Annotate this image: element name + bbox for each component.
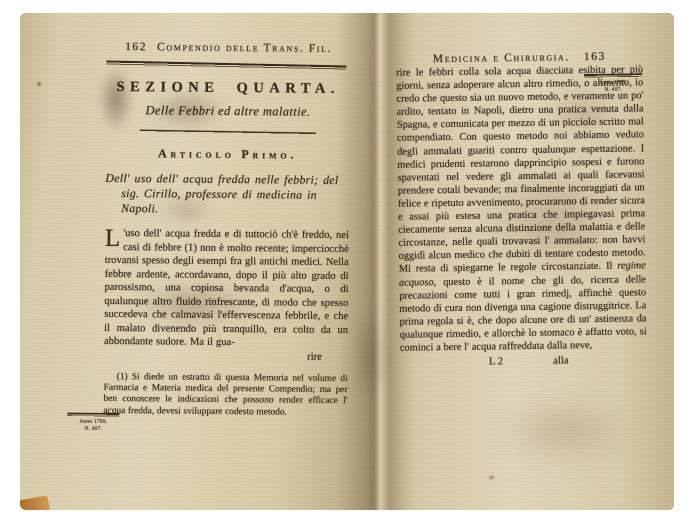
article-subtitle: Dell' uso dell' acqua fredda nelle febbr… xyxy=(105,171,349,218)
right-margin-note: Anno 1789. N. 407. xyxy=(584,73,642,93)
left-catchword: rire xyxy=(104,348,348,363)
left-page-number: 162 xyxy=(125,41,147,53)
left-body-block: Anno 1789. N. 407. L'uso dell' acqua fre… xyxy=(103,227,349,419)
footnote: (1) Si diede un estratto di questa Memor… xyxy=(103,371,347,419)
margin-note-number: N. 407. xyxy=(584,86,642,93)
article-heading: Articolo Primo. xyxy=(106,146,350,163)
right-header-title: Medicina e Chirurgia. xyxy=(433,51,570,65)
section-subtitle: Delle Febbri ed altre malattie. xyxy=(106,103,350,120)
right-body-text-1: rire le febbri colla sola acqua diacciat… xyxy=(396,64,646,275)
signature-mark: L 2 xyxy=(489,356,503,367)
ornamental-rule-section xyxy=(140,129,316,134)
right-catchword: alla xyxy=(553,355,568,366)
left-margin-note: Anno 1789. N. 407. xyxy=(67,413,119,432)
left-running-header: 162Compendio delle Trans. Fil. xyxy=(107,41,351,55)
left-body-text: 'uso dell' acqua fredda e di tuttociò ch… xyxy=(104,228,349,348)
photo-background: 162Compendio delle Trans. Fil. SEZIONE Q… xyxy=(0,0,700,525)
margin-note-rule xyxy=(584,73,642,78)
left-body-paragraph: L'uso dell' acqua fredda e di tuttociò c… xyxy=(104,227,349,351)
margin-note-rule xyxy=(67,413,119,417)
right-page-number: 163 xyxy=(584,51,606,63)
left-page-column: 162Compendio delle Trans. Fil. SEZIONE Q… xyxy=(103,41,350,419)
drop-cap: L xyxy=(105,227,123,249)
right-body-text-2: , questo è il nome che gli do, ricerca d… xyxy=(399,274,647,354)
section-heading: SEZIONE QUARTA. xyxy=(106,79,350,98)
left-header-title: Compendio delle Trans. Fil. xyxy=(157,41,332,55)
margin-note-number: N. 407. xyxy=(67,425,119,432)
right-body-paragraph: rire le febbri colla sola acqua diacciat… xyxy=(396,63,647,354)
book-photo: 162Compendio delle Trans. Fil. SEZIONE Q… xyxy=(20,13,674,510)
ornamental-rule-header xyxy=(106,60,346,70)
right-page-column: Medicina e Chirurgia.163 Anno 1789. N. 4… xyxy=(396,50,647,371)
